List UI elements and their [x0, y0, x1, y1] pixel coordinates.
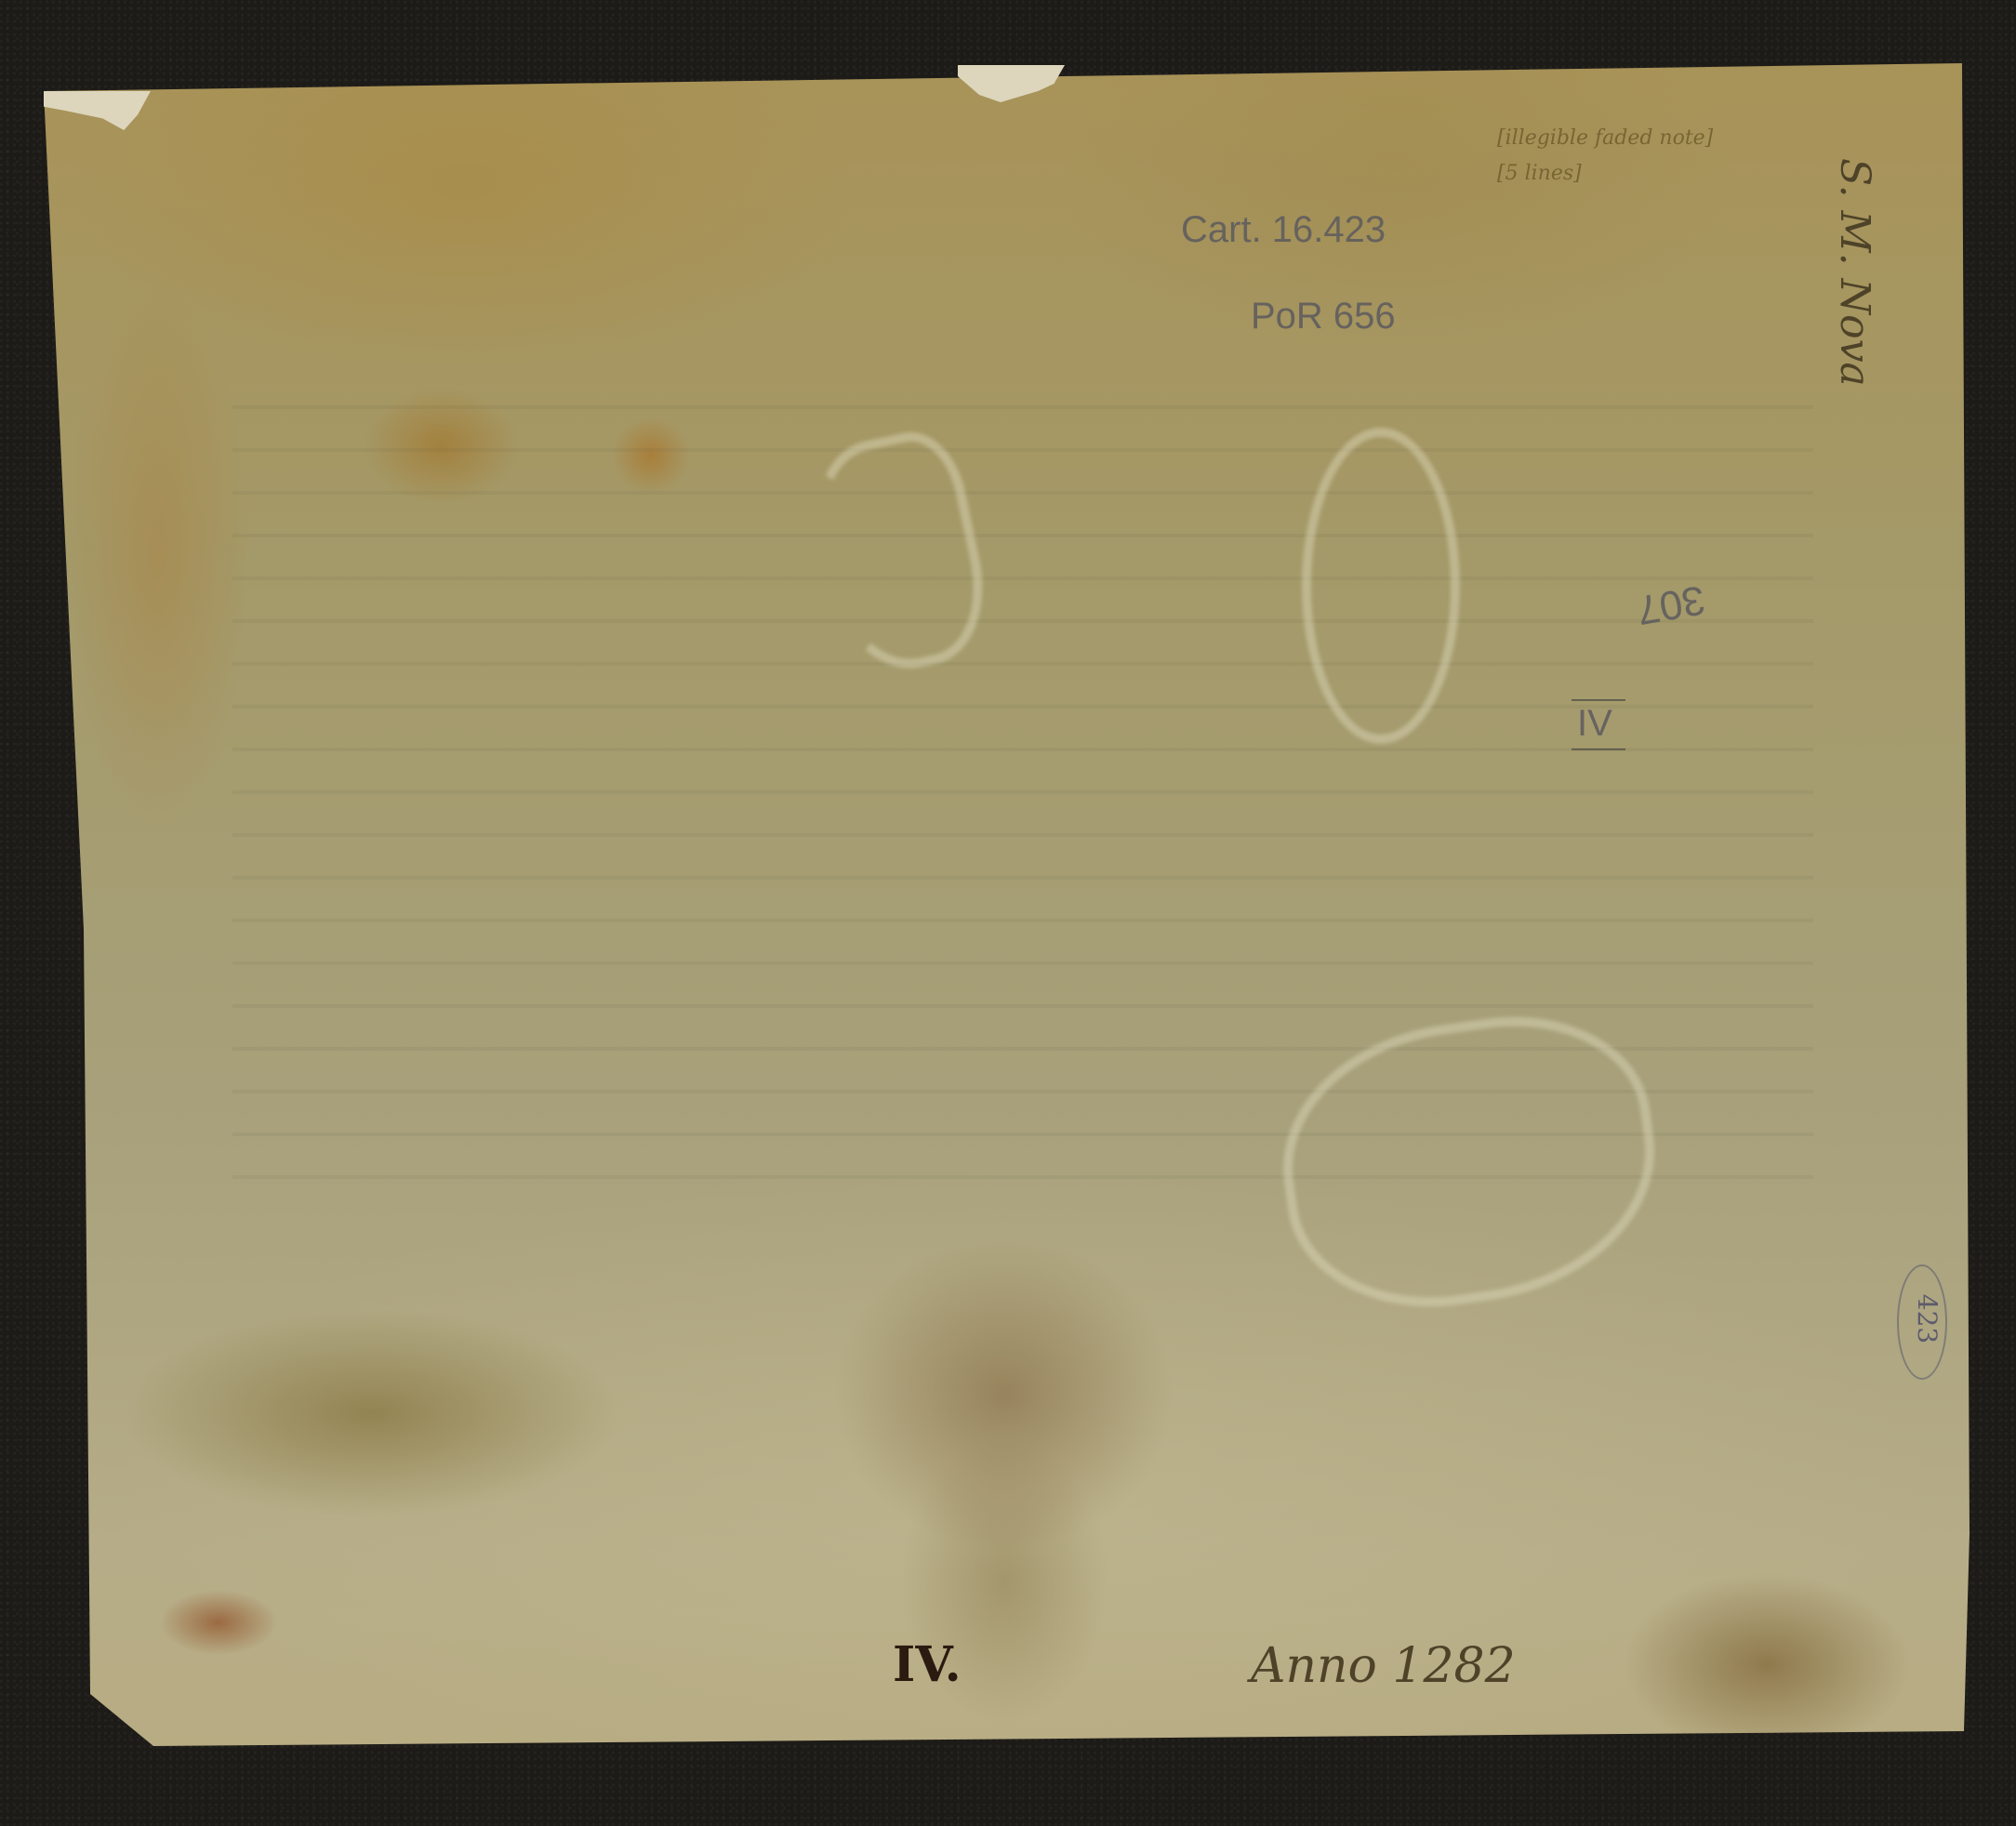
- date-annotation: Anno 1282: [1251, 1638, 1516, 1694]
- por-number-annotation: PoR 656: [1251, 296, 1396, 337]
- medieval-dorsal-note: [illegible faded note] [5 lines]: [1497, 121, 1713, 192]
- bottom-numeral: IV.: [893, 1636, 962, 1693]
- seal-impression: [1302, 428, 1460, 744]
- circled-number: 423: [1912, 1294, 1943, 1343]
- vertical-annotation: S. M. Nova: [1831, 158, 1878, 387]
- circled-number-stamp: 423: [1897, 1264, 1947, 1380]
- roman-numeral-annotation: IV: [1572, 699, 1625, 750]
- shelfmark-annotation: Cart. 16.423: [1181, 209, 1386, 251]
